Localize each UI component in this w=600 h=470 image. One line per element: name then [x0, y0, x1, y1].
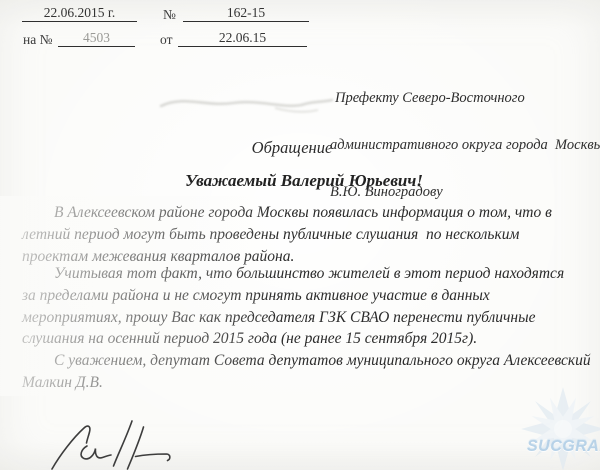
reply-prefix-label: на № — [23, 32, 52, 48]
watermark: SUCGRAD — [505, 385, 600, 470]
crest-snowflake-icon — [505, 385, 600, 470]
body-line: за пределами района и не смогут принять … — [22, 285, 584, 307]
closing-block: С уважением, депутат Совета депутатов му… — [22, 350, 584, 394]
letter-number-field: 162-15 — [183, 5, 309, 22]
document-title: Обращение — [0, 138, 584, 158]
body-paragraph-1: В Алексеевском районе города Москвы появ… — [22, 202, 584, 267]
scanned-letter-page: 22.06.2015 г. № 162-15 на № 4503 от 22.0… — [0, 0, 600, 470]
handwritten-signature — [40, 408, 182, 470]
body-line: летний период могут быть проведены публи… — [22, 224, 584, 246]
watermark-text: SUCGRAD — [527, 438, 600, 456]
salutation: Уважаемый Валерий Юрьевич! — [8, 171, 600, 191]
reply-number-field: 4503 — [58, 30, 135, 47]
body-line: слушания на осенний период 2015 года (не… — [22, 328, 584, 350]
body-line: Учитывая тот факт, что большинство жител… — [22, 263, 584, 285]
body-line: В Алексеевском районе города Москвы появ… — [22, 202, 584, 224]
reply-date-field: 22.06.15 — [178, 30, 307, 47]
body-paragraph-2: Учитывая тот факт, что большинство жител… — [22, 263, 584, 350]
body-line: мероприятиях, прошу Вас как председателя… — [22, 307, 584, 329]
from-label: от — [160, 32, 172, 48]
number-sign-label: № — [163, 7, 176, 23]
closing-line: С уважением, депутат Совета депутатов му… — [22, 350, 584, 372]
letter-date-field: 22.06.2015 г. — [22, 5, 137, 22]
pencil-smudge-artifact — [155, 86, 340, 120]
closing-line: Малкин Д.В. — [22, 372, 584, 394]
addressee-line: Префекту Северо-Восточного — [330, 91, 598, 107]
